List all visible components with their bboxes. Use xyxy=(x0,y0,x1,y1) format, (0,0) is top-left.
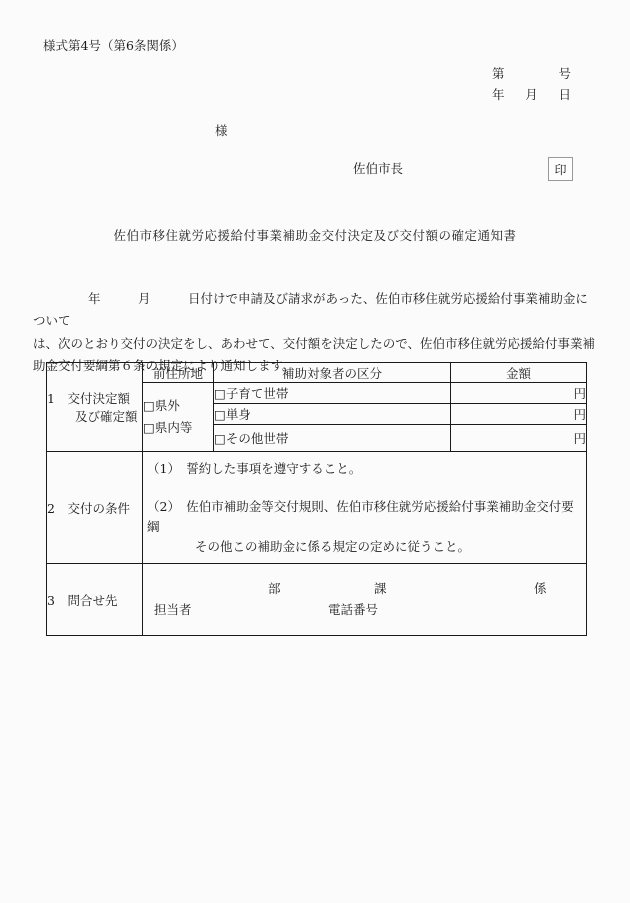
category-label-childcare: 子育て世帯 xyxy=(226,386,289,401)
row3-label-cell: 3 問合せ先 xyxy=(47,564,143,636)
column-header-amount: 金額 xyxy=(451,363,587,383)
document-page: { "header": { "form_number": "様式第4号（第6条関… xyxy=(0,0,630,903)
contact-subsection-label: 係 xyxy=(534,581,547,596)
body-line-1: 年 月 日付けで申請及び請求があった、佐伯市移住就労応援給付事業補助金について xyxy=(33,288,599,333)
doc-number-date-block: 第 号 年 月 日 xyxy=(492,63,571,105)
checkbox-icon: □ xyxy=(214,431,226,446)
date-month-label: 月 xyxy=(525,84,538,105)
condition-item-2-line-1: （2） 佐伯市補助金等交付規則、佐伯市移住就労応援給付事業補助金交付要綱 xyxy=(147,497,586,537)
condition-item-1: （1） 誓約した事項を遵守すること。 xyxy=(147,459,586,479)
doc-number-suffix: 号 xyxy=(558,63,571,84)
checkbox-icon: □ xyxy=(143,420,155,435)
amount-cell-single: 円 xyxy=(451,404,587,425)
date-line: 年 月 日 xyxy=(492,84,571,105)
contact-department-label: 部 xyxy=(268,581,281,596)
residence-option-kennai: □県内等 xyxy=(143,417,213,439)
doc-number-prefix: 第 xyxy=(492,63,505,84)
category-cell-childcare: □子育て世帯 xyxy=(214,383,451,404)
amount-cell-other: 円 xyxy=(451,425,587,452)
checkbox-icon: □ xyxy=(143,398,155,413)
contact-person-label: 担当者 xyxy=(154,602,192,617)
contact-section-label: 課 xyxy=(374,581,387,596)
checkbox-icon: □ xyxy=(214,407,226,422)
column-header-residence: 前住所地 xyxy=(143,363,214,383)
condition-item-2-line-2: その他この補助金に係る規定の定めに従うこと。 xyxy=(195,537,586,557)
grant-decision-table: 1 交付決定額 及び確定額 前住所地 補助対象者の区分 金額 □県外 □県内等 … xyxy=(46,362,587,636)
seal-box: 印 xyxy=(548,157,573,181)
seal-mark: 印 xyxy=(554,161,566,178)
residence-option-kengai-label: 県外 xyxy=(155,398,180,413)
residence-option-kennai-label: 県内等 xyxy=(155,420,193,435)
row1-label-cell: 1 交付決定額 及び確定額 xyxy=(47,363,143,452)
date-year-label: 年 xyxy=(492,84,505,105)
row1-label-line2: 及び確定額 xyxy=(75,407,142,425)
document-title: 佐伯市移住就労応援給付事業補助金交付決定及び交付額の確定通知書 xyxy=(0,226,630,244)
residence-option-kengai: □県外 xyxy=(143,395,213,417)
conditions-cell: （1） 誓約した事項を遵守すること。 （2） 佐伯市補助金等交付規則、佐伯市移住… xyxy=(143,452,587,564)
column-header-category: 補助対象者の区分 xyxy=(214,363,451,383)
body-line-2: は、次のとおり交付の決定をし、あわせて、交付額を決定したので、佐伯市移住就労応援… xyxy=(33,333,599,355)
doc-number-line: 第 号 xyxy=(492,63,571,84)
sender-title: 佐伯市長 xyxy=(353,159,403,177)
form-number: 様式第4号（第6条関係） xyxy=(43,36,184,54)
contact-cell: 部 課 係 担当者 電話番号 xyxy=(143,564,587,636)
category-cell-single: □単身 xyxy=(214,404,451,425)
row1-label-line1: 1 交付決定額 xyxy=(47,389,142,407)
category-cell-other: □その他世帯 xyxy=(214,425,451,452)
conditions-content: （1） 誓約した事項を遵守すること。 （2） 佐伯市補助金等交付規則、佐伯市移住… xyxy=(143,459,586,557)
category-label-other: その他世帯 xyxy=(226,431,289,446)
checkbox-icon: □ xyxy=(214,386,226,401)
date-day-label: 日 xyxy=(558,84,571,105)
contact-phone-label: 電話番号 xyxy=(328,602,378,617)
residence-options-cell: □県外 □県内等 xyxy=(143,383,214,452)
row2-label-cell: 2 交付の条件 xyxy=(47,452,143,564)
category-label-single: 単身 xyxy=(226,407,251,422)
addressee-honorific: 様 xyxy=(215,121,228,139)
amount-cell-childcare: 円 xyxy=(451,383,587,404)
